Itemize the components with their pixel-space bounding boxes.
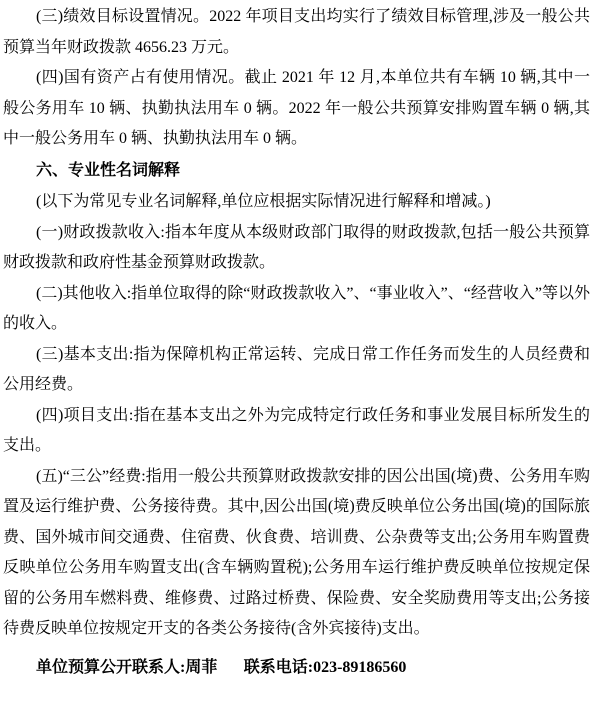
- para-term-fiscal-appropriation-income: (一)财政拨款收入:指本年度从本级财政部门取得的财政拨款,包括一般公共预算财政拨…: [3, 218, 590, 279]
- para-state-assets-usage: (四)国有资产占有使用情况。截止 2021 年 12 月,本单位共有车辆 10 …: [3, 63, 590, 155]
- para-terminology-note: (以下为常见专业名词解释,单位应根据实际情况进行解释和增减。): [3, 187, 590, 218]
- para-term-other-income: (二)其他收入:指单位取得的除“财政拨款收入”、“事业收入”、“经营收入”等以外…: [3, 279, 590, 340]
- para-term-three-public-expenses: (五)“三公”经费:指用一般公共预算财政拨款安排的因公出国(境)费、公务用车购置…: [3, 462, 590, 645]
- budget-disclosure-document-page: (三)绩效目标设置情况。2022 年项目支出均实行了绩效目标管理,涉及一般公共预…: [0, 0, 599, 704]
- section-heading-terminology: 六、专业性名词解释: [3, 156, 590, 187]
- contact-person: 单位预算公开联系人:周菲: [36, 659, 217, 676]
- contact-line: 单位预算公开联系人:周菲 联系电话:023-89186560: [3, 653, 590, 684]
- para-term-basic-expenditure: (三)基本支出:指为保障机构正常运转、完成日常工作任务而发生的人员经费和公用经费…: [3, 340, 590, 401]
- para-performance-goal-setting: (三)绩效目标设置情况。2022 年项目支出均实行了绩效目标管理,涉及一般公共预…: [3, 2, 590, 63]
- para-term-project-expenditure: (四)项目支出:指在基本支出之外为完成特定行政任务和事业发展目标所发生的支出。: [3, 401, 590, 462]
- contact-phone: 联系电话:023-89186560: [244, 659, 407, 676]
